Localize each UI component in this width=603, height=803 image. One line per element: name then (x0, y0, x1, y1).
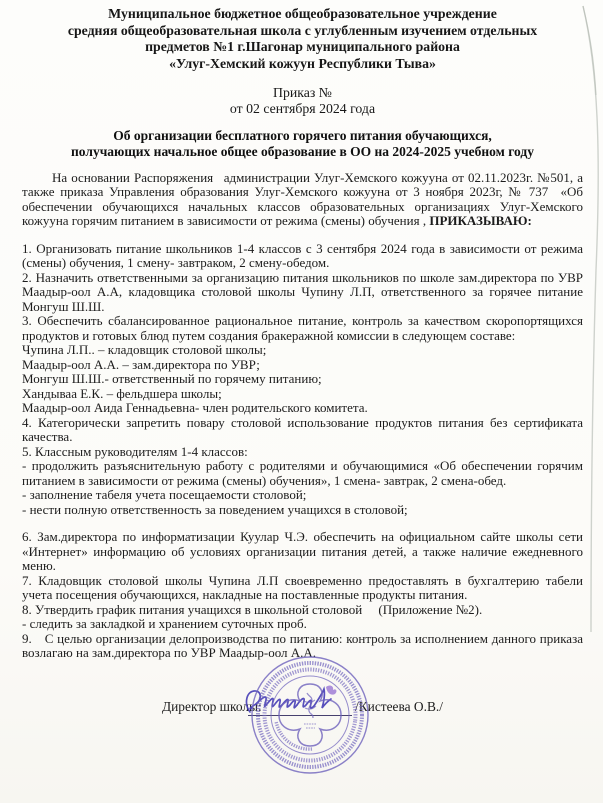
order-item-8-sub: - следить за закладкой и хранением суточ… (22, 617, 583, 632)
org-line-3: предметов №1 г.Шагонар муниципального ра… (22, 39, 583, 56)
resolution-keyword: ПРИКАЗЫВАЮ: (429, 213, 532, 228)
preamble-paragraph: На основании Распоряжения администрации … (22, 171, 583, 229)
order-item-7: 7. Кладовщик столовой школы Чупина Л.П с… (22, 574, 583, 603)
scanned-order-page: Муниципальное бюджетное общеобразователь… (0, 0, 603, 803)
order-heading: Приказ № от 02 сентября 2024 года (22, 85, 583, 116)
signature-name: /Кистеева О.В./ (355, 699, 443, 715)
order-item-9: 9. С целью организации делопроизводства … (22, 632, 583, 661)
organization-header: Муниципальное бюджетное общеобразователь… (22, 6, 583, 72)
org-line-1: Муниципальное бюджетное общеобразователь… (22, 6, 583, 23)
document-title: Об организации бесплатного горячего пита… (22, 128, 583, 160)
org-line-4: «Улуг-Хемский кожуун Республики Тыва» (22, 56, 583, 73)
title-line-2: получающих начальное общее образование в… (22, 144, 583, 160)
commission-member-2: Маадыр-оол А.А. – зам.директора по УВР; (22, 358, 583, 373)
order-item-6: 6. Зам.директора по информатизации Куула… (22, 530, 583, 574)
order-item-5-sub-3: - нести полную ответственность за поведе… (22, 503, 583, 518)
commission-member-5: Маадыр-оол Аида Геннадьевна- член родите… (22, 401, 583, 416)
commission-member-3: Монгуш Ш.Ш.- ответственный по горячему п… (22, 372, 583, 387)
signature-role-label: Директор школы: (162, 699, 262, 715)
order-item-4: 4. Категорически запретить повару столов… (22, 416, 583, 445)
order-item-3: 3. Обеспечить сбалансированное рациональ… (22, 314, 583, 343)
signature-line (248, 701, 352, 716)
document-body: Муниципальное бюджетное общеобразователь… (22, 6, 583, 661)
commission-member-1: Чупина Л.П.. – кладовщик столовой школы; (22, 343, 583, 358)
stamp-ink-blot (326, 686, 336, 695)
order-item-8: 8. Утвердить график питания учащихся в ш… (22, 603, 583, 618)
order-item-1: 1. Организовать питание школьников 1-4 к… (22, 242, 583, 271)
order-date: от 02 сентября 2024 года (22, 101, 583, 116)
order-item-5: 5. Классным руководителям 1-4 классов: (22, 445, 583, 460)
order-item-5-sub-1: - продолжить разъяснительную работу с ро… (22, 459, 583, 488)
commission-member-4: Хандываа Е.К. – фельдшера школы; (22, 387, 583, 402)
title-line-1: Об организации бесплатного горячего пита… (22, 128, 583, 144)
order-number-label: Приказ № (22, 85, 583, 100)
org-line-2: средняя общеобразовательная школа с углу… (22, 23, 583, 40)
order-item-5-sub-2: - заполнение табеля учета посещаемости с… (22, 488, 583, 503)
order-item-2: 2. Назначить ответственными за организац… (22, 271, 583, 315)
